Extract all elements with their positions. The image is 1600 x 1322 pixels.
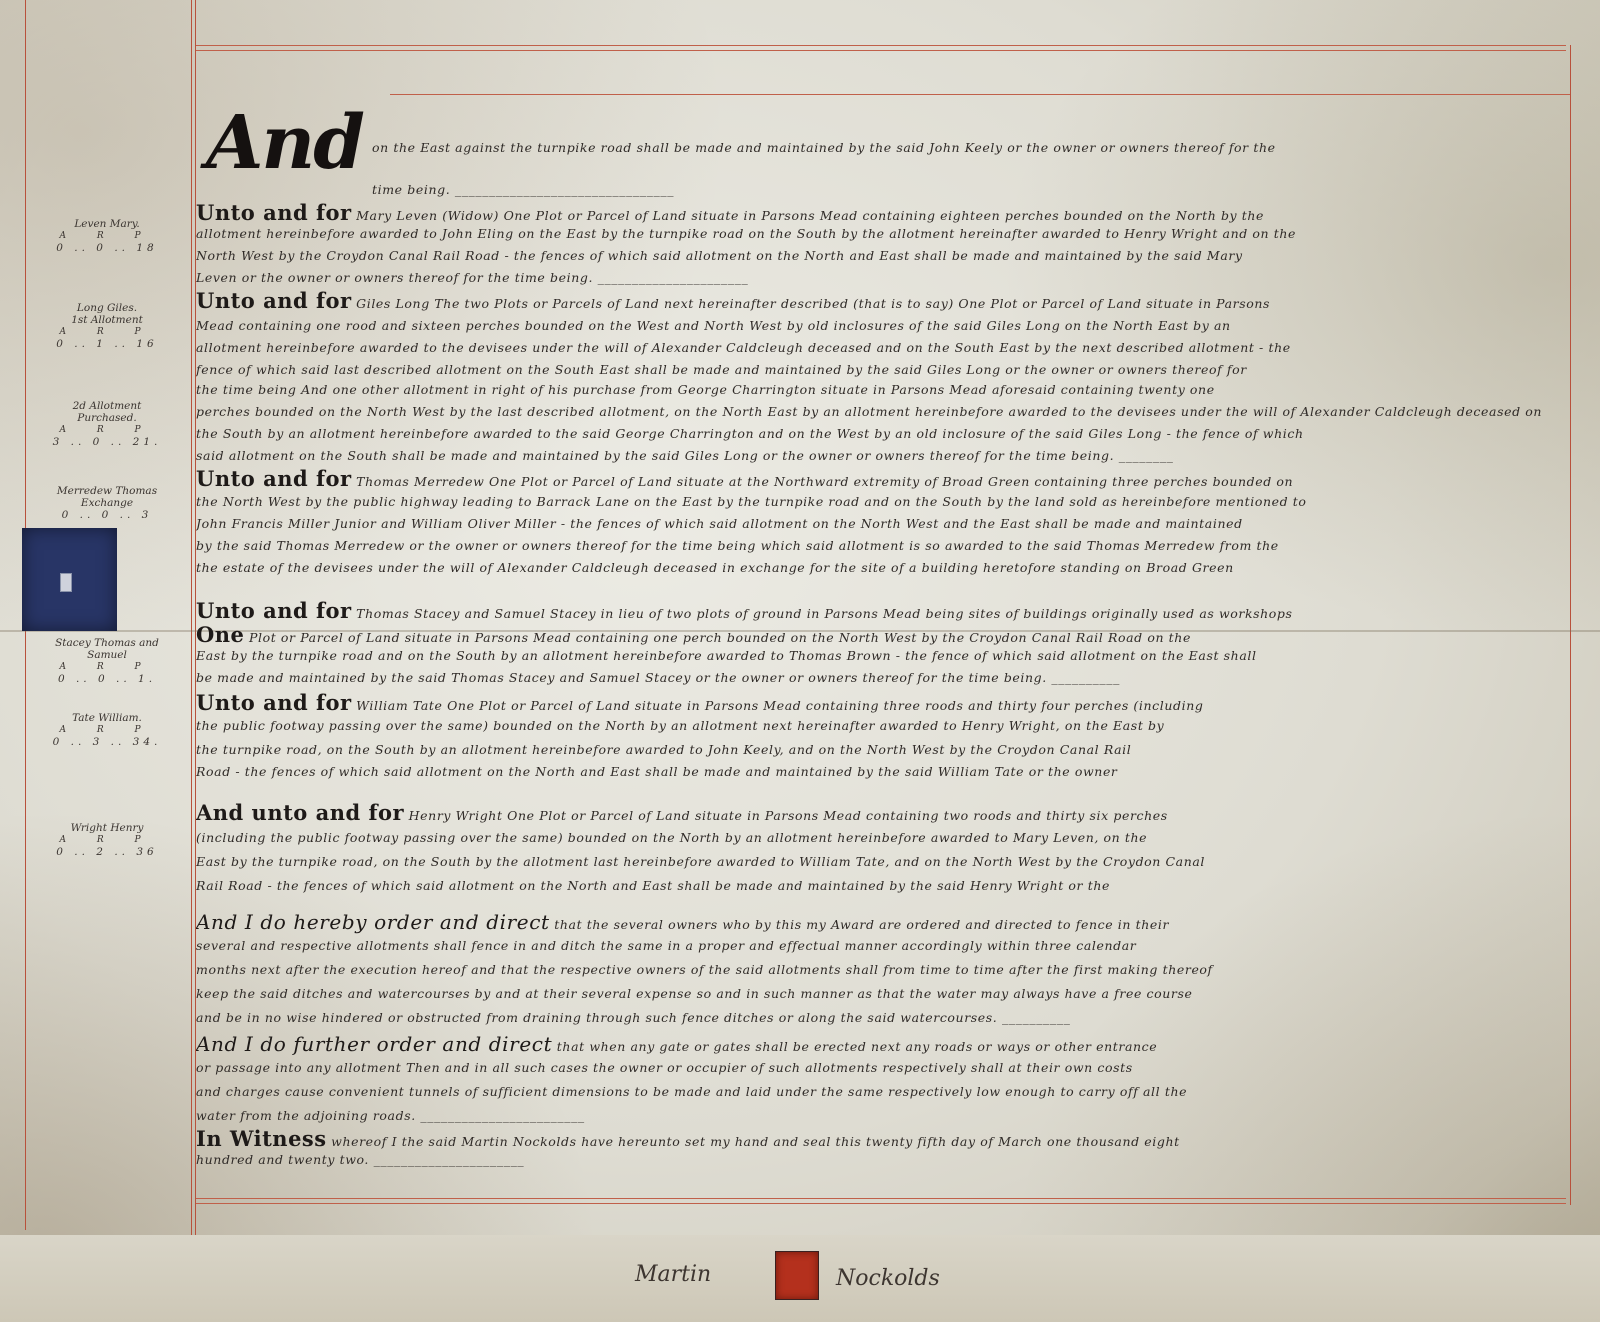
line-text: hundred and twenty two. ________________… [196, 1152, 524, 1167]
margin-entry: Long Giles. 1st Allotment A R P 0 .. 1 .… [22, 302, 192, 350]
line-text: water from the adjoining roads. ________… [196, 1108, 585, 1123]
text-line: keep the said ditches and watercourses b… [196, 986, 1586, 1001]
text-line: be made and maintained by the said Thoma… [196, 670, 1586, 685]
margin-entry-sub: Samuel [22, 649, 192, 661]
text-line: allotment hereinbefore awarded to John E… [196, 226, 1586, 241]
section-lead: And I do hereby order and direct [196, 910, 550, 934]
line-text: (including the public footway passing ov… [196, 830, 1147, 845]
margin-entry-value: 0 .. 3 .. 34. [22, 736, 192, 748]
text-line: the turnpike road, on the South by an al… [196, 742, 1586, 757]
margin-entry-units: A R P [22, 724, 192, 736]
opening-initial: And [206, 100, 363, 186]
margin-entry: Tate William. A R P 0 .. 3 .. 34. [22, 712, 192, 748]
text-line: John Francis Miller Junior and William O… [196, 516, 1586, 531]
margin-entry-units: A R P [22, 230, 192, 242]
line-text: and charges cause convenient tunnels of … [196, 1084, 1187, 1099]
margin-entry-name: Long Giles. [22, 302, 192, 314]
line-text: William Tate One Plot or Parcel of Land … [356, 698, 1203, 713]
margin-entry-value: 3 .. 0 .. 21. [22, 436, 192, 448]
line-text: Leven or the owner or owners thereof for… [196, 270, 748, 285]
seal-stamp-icon [60, 573, 72, 592]
text-line: by the said Thomas Merredew or the owner… [196, 538, 1586, 553]
text-line: Unto and for Giles Long The two Plots or… [196, 288, 1586, 313]
section-lead: Unto and for [196, 690, 352, 715]
line-text: Plot or Parcel of Land situate in Parson… [249, 630, 1191, 645]
text-line: the public footway passing over the same… [196, 718, 1586, 733]
margin-entry-value: 0 .. 0 .. 18 [22, 242, 192, 254]
margin-entry-units: A R P [22, 834, 192, 846]
line-text: Henry Wright One Plot or Parcel of Land … [409, 808, 1168, 823]
line-text: be made and maintained by the said Thoma… [196, 670, 1120, 685]
line-text: or passage into any allotment Then and i… [196, 1060, 1133, 1075]
top-rule-2 [196, 50, 1566, 51]
line-text: Thomas Stacey and Samuel Stacey in lieu … [356, 606, 1292, 621]
bottom-rule-1 [196, 1198, 1566, 1199]
margin-entry-sub: 1st Allotment [22, 314, 192, 326]
bottom-rule-2 [196, 1203, 1566, 1204]
line-text: John Francis Miller Junior and William O… [196, 516, 1243, 531]
text-line: several and respective allotments shall … [196, 938, 1586, 953]
text-line: time being. ____________________________… [372, 182, 1582, 197]
text-line: said allotment on the South shall be mad… [196, 448, 1586, 463]
line-text: that when any gate or gates shall be ere… [557, 1039, 1157, 1054]
line-text: Road - the fences of which said allotmen… [196, 764, 1118, 779]
line-text: the North West by the public highway lea… [196, 494, 1307, 509]
line-text: Mead containing one rood and sixteen per… [196, 318, 1231, 333]
section-lead: Unto and for [196, 466, 352, 491]
text-line: perches bounded on the North West by the… [196, 404, 1586, 419]
margin-entry-sub: Purchased. [22, 412, 192, 424]
text-line: Unto and for Thomas Merredew One Plot or… [196, 466, 1586, 491]
text-line: the South by an allotment hereinbefore a… [196, 426, 1586, 441]
margin-entry: Stacey Thomas and Samuel A R P 0 .. 0 ..… [22, 637, 192, 685]
text-line: Rail Road - the fences of which said all… [196, 878, 1586, 893]
margin-entry: Wright Henry A R P 0 .. 2 .. 36 [22, 822, 192, 858]
line-text: several and respective allotments shall … [196, 938, 1136, 953]
blue-paper-seal [22, 528, 117, 631]
line-text: Thomas Merredew One Plot or Parcel of La… [356, 474, 1293, 489]
margin-entry-value: 0 .. 0 .. 1. [22, 673, 192, 685]
line-text: months next after the execution hereof a… [196, 962, 1213, 977]
text-line: And I do hereby order and direct that th… [196, 910, 1586, 934]
text-line: Leven or the owner or owners thereof for… [196, 270, 1586, 285]
text-line: East by the turnpike road, on the South … [196, 854, 1586, 869]
margin-entry: Leven Mary. A R P 0 .. 0 .. 18 [22, 218, 192, 254]
line-text: fence of which said last described allot… [196, 362, 1247, 377]
line-text: time being. ____________________________… [372, 182, 674, 197]
signature-last-name: Nockolds [836, 1266, 940, 1291]
text-line: Unto and for William Tate One Plot or Pa… [196, 690, 1586, 715]
line-text: by the said Thomas Merredew or the owner… [196, 538, 1279, 553]
margin-entry: 2d Allotment Purchased. A R P 3 .. 0 .. … [22, 400, 192, 448]
line-text: Giles Long The two Plots or Parcels of L… [356, 296, 1270, 311]
line-text: East by the turnpike road, on the South … [196, 854, 1205, 869]
text-line: (including the public footway passing ov… [196, 830, 1586, 845]
text-line: And I do further order and direct that w… [196, 1032, 1586, 1056]
text-line: Mead containing one rood and sixteen per… [196, 318, 1586, 333]
text-line: the North West by the public highway lea… [196, 494, 1586, 509]
text-line: fence of which said last described allot… [196, 362, 1586, 377]
text-line: Road - the fences of which said allotmen… [196, 764, 1586, 779]
margin-entry-units: A R P [22, 326, 192, 338]
line-text: perches bounded on the North West by the… [196, 404, 1542, 419]
margin-entry-value: 0 .. 1 .. 16 [22, 338, 192, 350]
text-line: the estate of the devisees under the wil… [196, 560, 1586, 575]
section-lead: Unto and for [196, 598, 352, 623]
wax-seal-icon [775, 1251, 819, 1300]
margin-entry-name: 2d Allotment [22, 400, 192, 412]
margin-entry-name: Wright Henry [22, 822, 192, 834]
text-line: and be in no wise hindered or obstructed… [196, 1010, 1586, 1025]
line-text: Mary Leven (Widow) One Plot or Parcel of… [356, 208, 1264, 223]
margin-entry-sub: Exchange [22, 497, 192, 509]
text-line: months next after the execution hereof a… [196, 962, 1586, 977]
section-lead: Unto and for [196, 288, 352, 313]
top-rule-1 [196, 45, 1566, 46]
text-line: and charges cause convenient tunnels of … [196, 1084, 1586, 1099]
text-line: the time being And one other allotment i… [196, 382, 1586, 397]
margin-entry-name: Leven Mary. [22, 218, 192, 230]
line-text: allotment hereinbefore awarded to John E… [196, 226, 1296, 241]
line-text: whereof I the said Martin Nockolds have … [331, 1134, 1180, 1149]
line-text: allotment hereinbefore awarded to the de… [196, 340, 1291, 355]
line-text: keep the said ditches and watercourses b… [196, 986, 1192, 1001]
text-line: And unto and for Henry Wright One Plot o… [196, 800, 1586, 825]
margin-entry-units: A R P [22, 661, 192, 673]
margin-entry-value: 0 .. 0 .. 3 [22, 509, 192, 521]
text-line: Unto and for Mary Leven (Widow) One Plot… [196, 200, 1586, 225]
line-text: and be in no wise hindered or obstructed… [196, 1010, 1070, 1025]
section-lead: And I do further order and direct [196, 1032, 552, 1056]
line-text: East by the turnpike road and on the Sou… [196, 648, 1257, 663]
line-text: said allotment on the South shall be mad… [196, 448, 1174, 463]
header-rule [390, 94, 1570, 95]
section-lead: In Witness [196, 1126, 327, 1151]
text-line: North West by the Croydon Canal Rail Roa… [196, 248, 1586, 263]
text-line: hundred and twenty two. ________________… [196, 1152, 1586, 1167]
line-text: the South by an allotment hereinbefore a… [196, 426, 1304, 441]
line-text: Rail Road - the fences of which said all… [196, 878, 1110, 893]
text-line: water from the adjoining roads. ________… [196, 1108, 1586, 1123]
margin-entry: Merredew Thomas Exchange 0 .. 0 .. 3 [22, 485, 192, 521]
line-text: the estate of the devisees under the wil… [196, 560, 1234, 575]
section-lead: Unto and for [196, 200, 352, 225]
margin-entry-units: A R P [22, 424, 192, 436]
text-line: or passage into any allotment Then and i… [196, 1060, 1586, 1075]
signature-first-name: Martin [635, 1262, 711, 1287]
text-line: on the East against the turnpike road sh… [372, 140, 1582, 155]
line-text: on the East against the turnpike road sh… [372, 140, 1276, 155]
line-text: North West by the Croydon Canal Rail Roa… [196, 248, 1243, 263]
text-line: In Witness whereof I the said Martin Noc… [196, 1126, 1586, 1151]
margin-entry-name: Tate William. [22, 712, 192, 724]
section-lead: And unto and for [196, 800, 404, 825]
line-text: the public footway passing over the same… [196, 718, 1164, 733]
text-line: East by the turnpike road and on the Sou… [196, 648, 1586, 663]
margin-entry-name: Merredew Thomas [22, 485, 192, 497]
text-line: One Plot or Parcel of Land situate in Pa… [196, 622, 1586, 647]
line-text: the turnpike road, on the South by an al… [196, 742, 1131, 757]
text-line: allotment hereinbefore awarded to the de… [196, 340, 1586, 355]
section-lead: One [196, 622, 244, 647]
margin-entry-name: Stacey Thomas and [22, 637, 192, 649]
text-line: Unto and for Thomas Stacey and Samuel St… [196, 598, 1586, 623]
line-text: that the several owners who by this my A… [554, 917, 1169, 932]
margin-entry-value: 0 .. 2 .. 36 [22, 846, 192, 858]
line-text: the time being And one other allotment i… [196, 382, 1215, 397]
